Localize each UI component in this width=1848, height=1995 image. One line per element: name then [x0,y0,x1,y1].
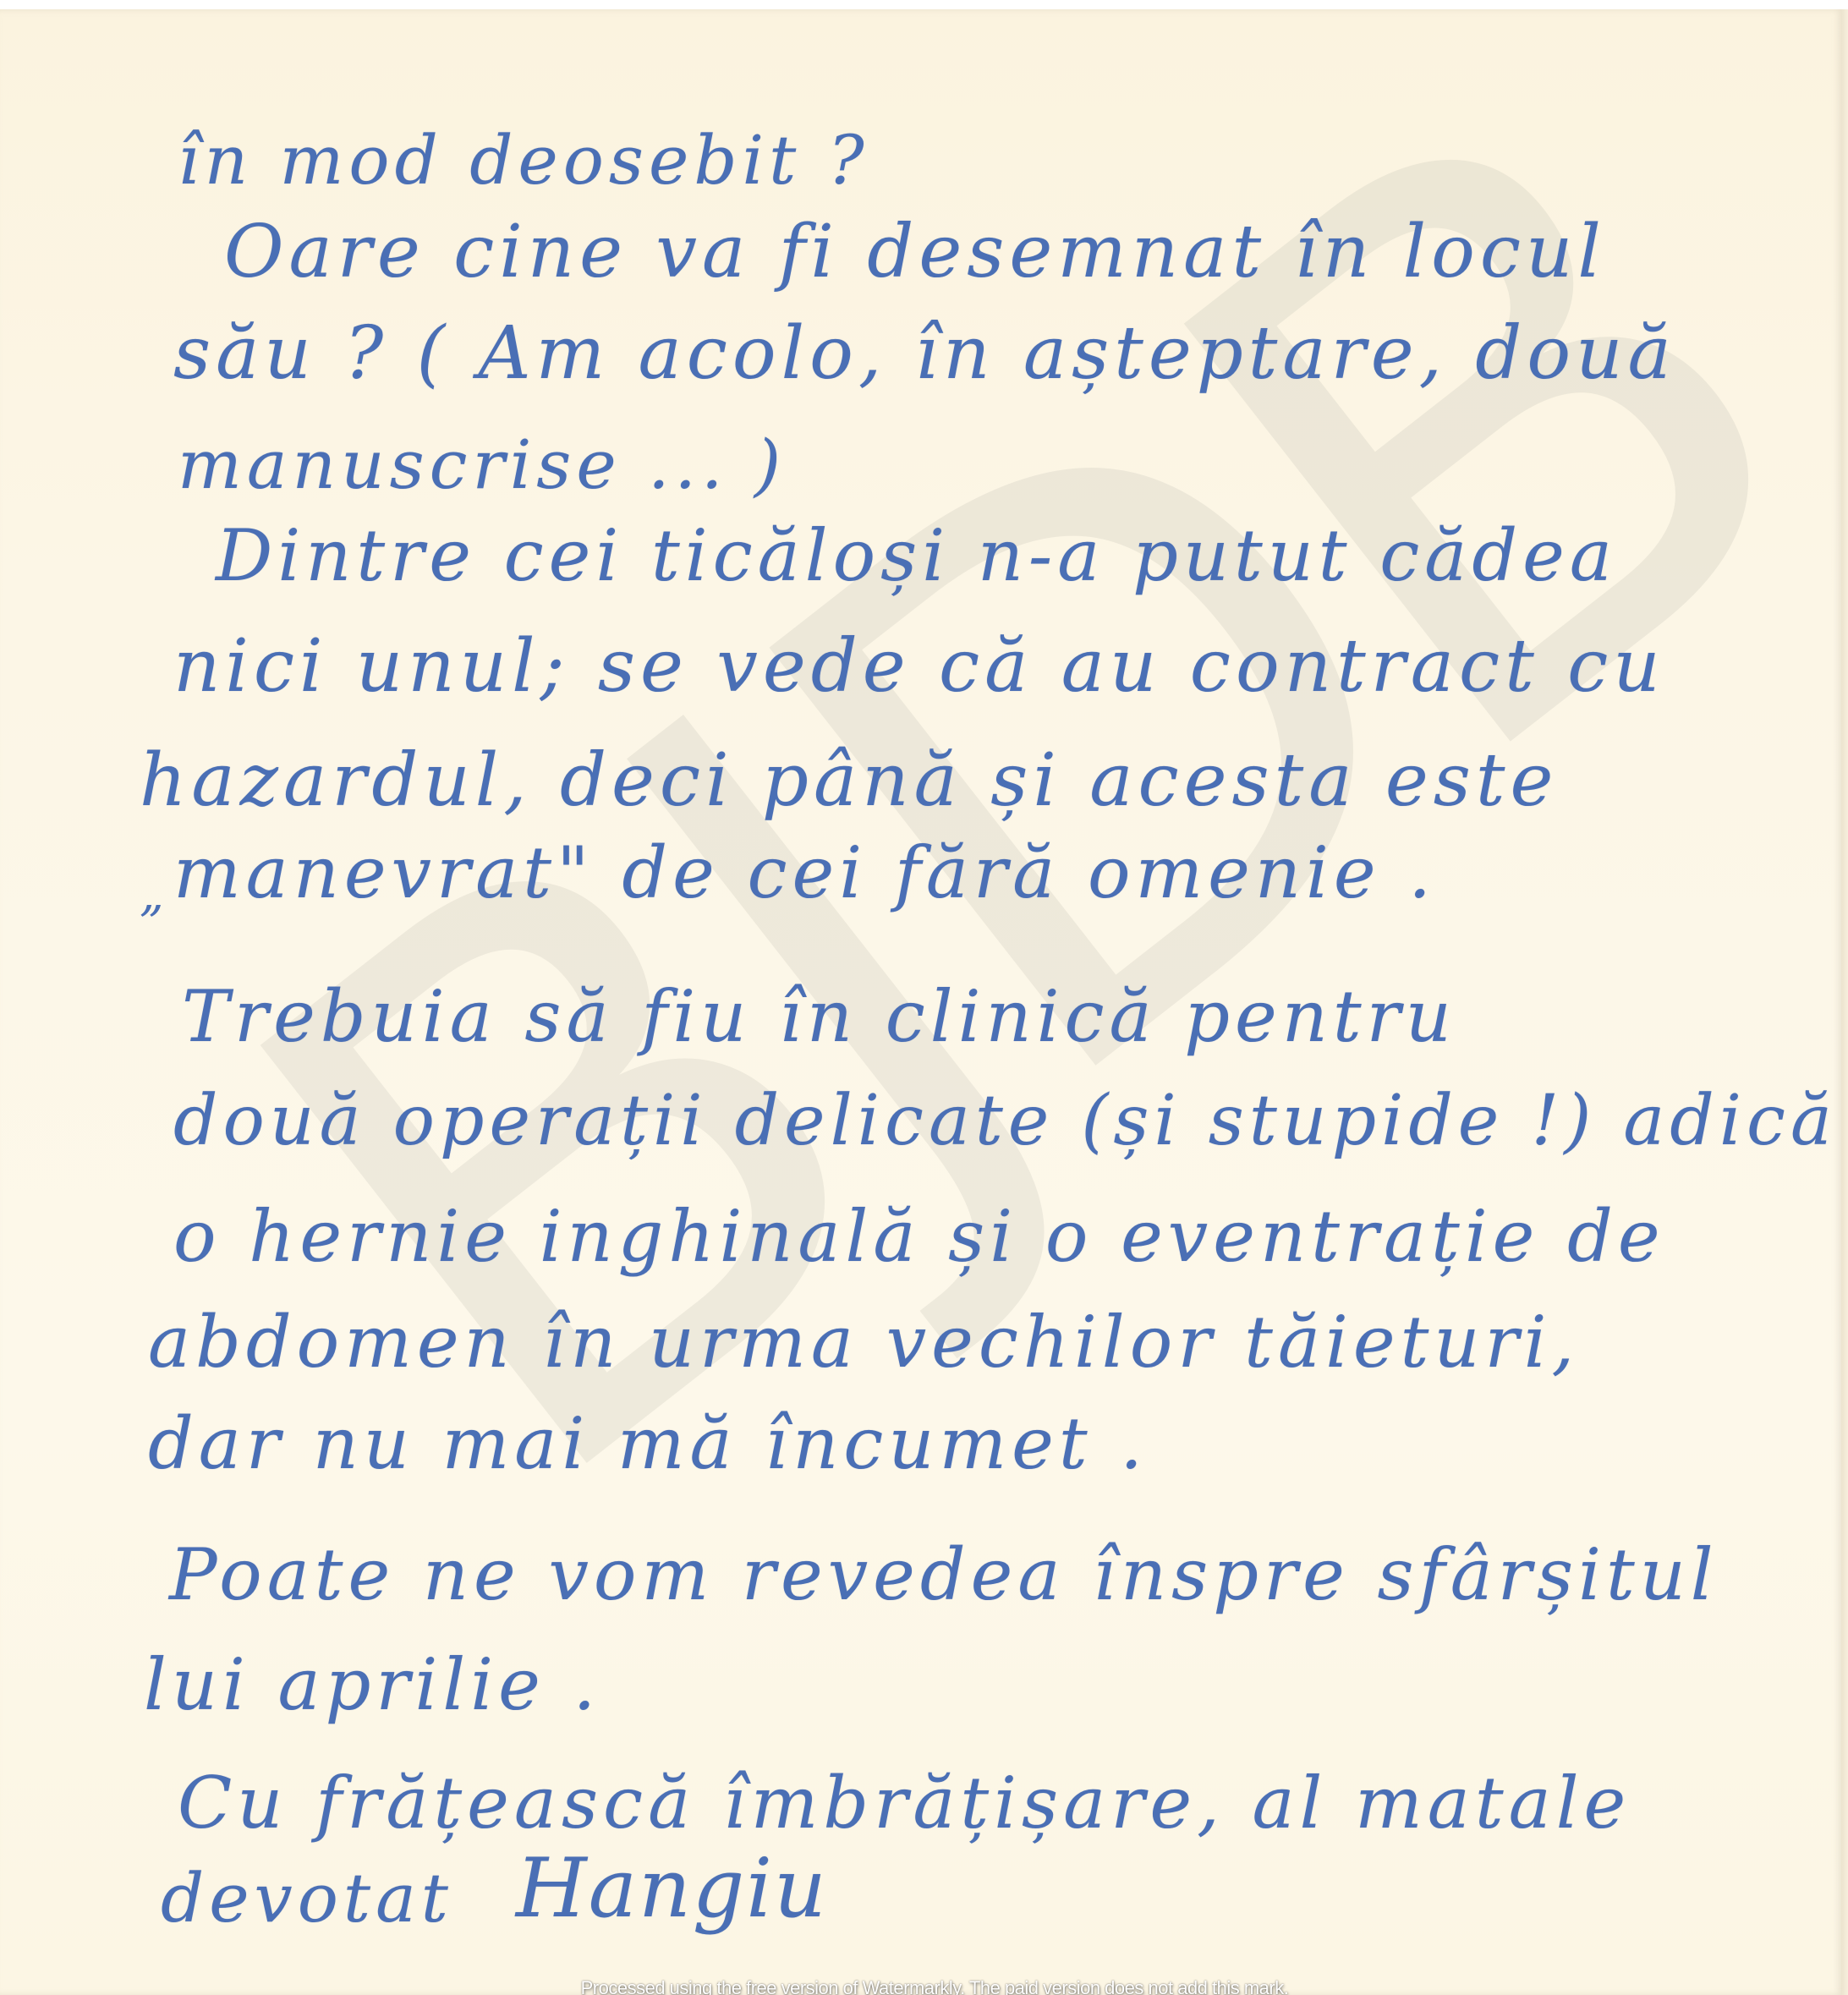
letter-line-12: abdomen în urma vechilor tăieturi, [148,1307,1579,1378]
closing-line: Cu frățească îmbrățișare, al matale [178,1768,1631,1839]
letter-line-1: în mod deosebit ? [178,127,869,195]
letter-line-6: nici unul; se vede că au contract cu [173,630,1665,703]
letter-line-4: manuscrise ... ) [178,431,786,499]
letter-line-10: două operații delicate (și stupide !) ad… [173,1087,1837,1156]
letter-line-9: Trebuia să fiu în clinică pentru [182,981,1456,1052]
opening-quote-mark: „ [140,867,164,922]
handwritten-letter: în mod deosebit ? Oare cine va fi desemn… [0,0,1848,1995]
letter-line-14: Poate ne vom revedea înspre sfârșitul [169,1539,1719,1610]
letter-line-5: Dintre cei ticăloși n-a putut cădea [216,520,1617,591]
letter-line-7: hazardul, deci până și acesta este [140,744,1558,817]
watermarkly-notice: Processed using the free version of Wate… [469,1977,1400,1995]
signature: Hangiu [516,1848,828,1929]
letter-line-8: manevrat" de cei fără omenie . [173,837,1436,908]
letter-line-3: său ? ( Am acolo, în așteptare, două [173,317,1676,390]
letter-line-13: dar nu mai mă încumet . [148,1408,1148,1479]
letter-line-15: lui aprilie . [144,1649,600,1720]
letter-line-11: o hernie inghinală și o eventrație de [173,1201,1665,1272]
closing-devotat: devotat [161,1865,453,1932]
letter-line-2: Oare cine va fi desemnat în locul [224,216,1606,288]
